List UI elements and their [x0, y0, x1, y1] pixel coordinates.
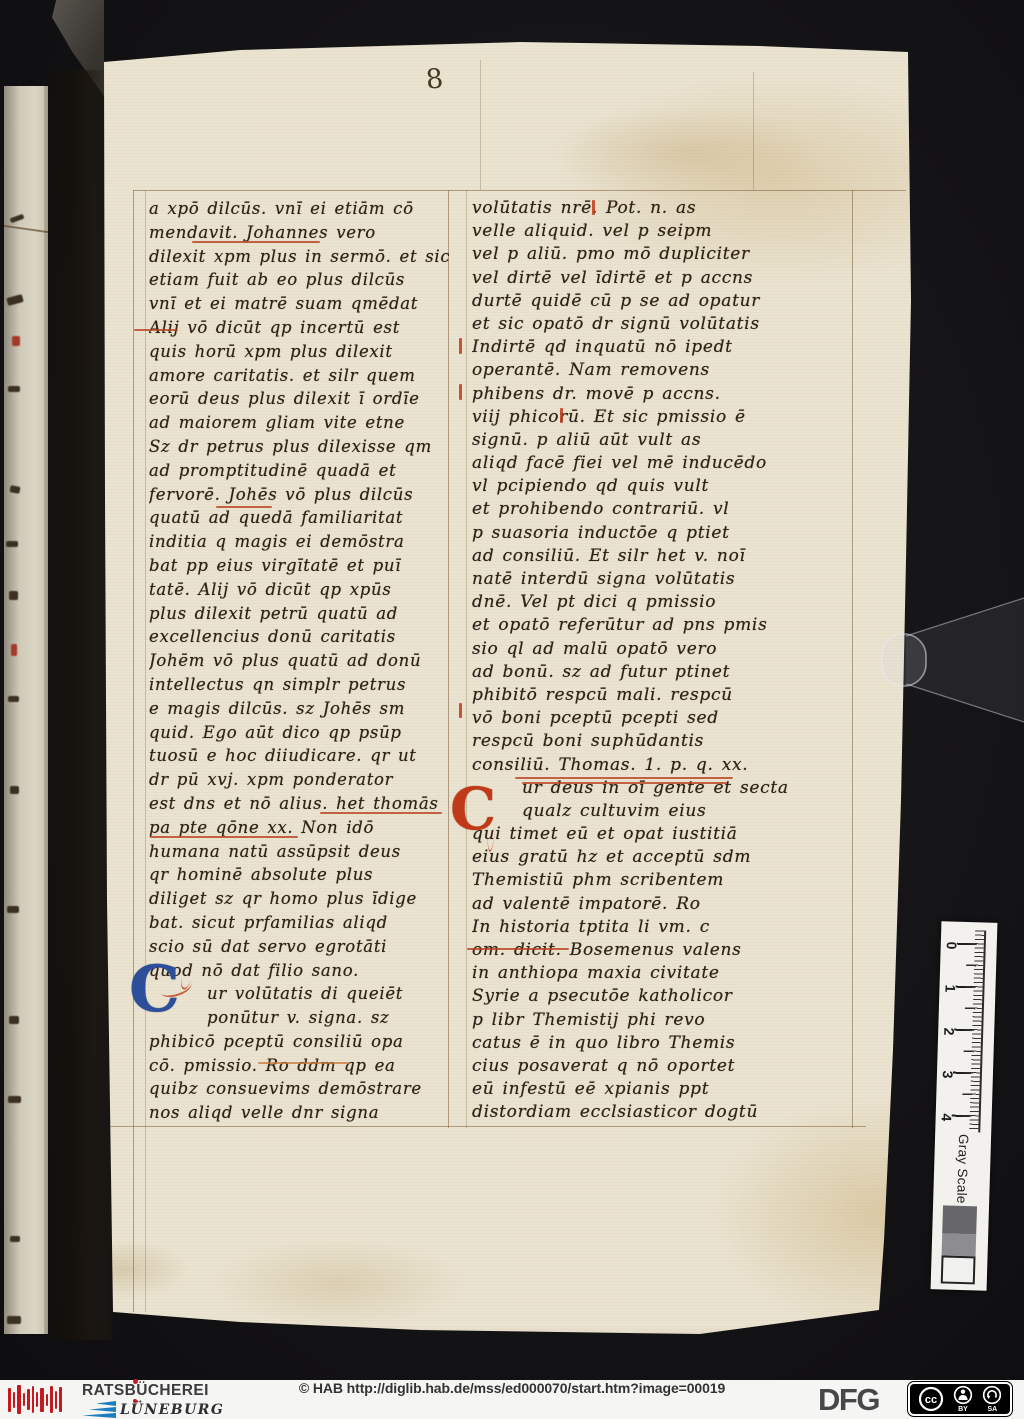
cutoff-rubric-fragment: [11, 644, 17, 656]
manuscript-text-line: dilexit xpm plus in sermō. et sic: [149, 245, 449, 269]
manuscript-text-line: quibz consuevims demōstrare: [149, 1077, 449, 1101]
manuscript-text-line: respcū boni suphūdantis: [472, 730, 858, 753]
rubric-stroke: [560, 408, 563, 423]
cutoff-rubric-fragment: [12, 336, 20, 346]
plastic-page-holder: [876, 592, 1024, 728]
manuscript-text-line: durtē quidē cū p se ad opatur: [472, 290, 858, 313]
cutoff-script-fragment: [6, 541, 18, 547]
manuscript-text-line: et prohibendo contrariū. vl: [472, 498, 858, 521]
manuscript-text-line: velle aliquid. vel p seipm: [472, 220, 858, 243]
manuscript-text-line: catus ē in quo libro Themis: [472, 1032, 858, 1055]
manuscript-text-line: qualz cultuvim eius: [472, 800, 858, 823]
cc-sa-icon: SA: [982, 1385, 1002, 1413]
manuscript-photograph: 8 a xpō dilcūs. vnī ei etiām cōmendavit.…: [0, 0, 1024, 1380]
manuscript-text-line: p libr Themistij phi revo: [472, 1009, 858, 1032]
manuscript-text-line: p suasoria inductōe q ptiet: [472, 522, 858, 545]
rubric-underline: [150, 836, 298, 838]
folio-number: 8: [424, 63, 444, 96]
cutoff-script-fragment: [7, 1316, 21, 1324]
manuscript-text-line: et opatō referūtur ad pns pmis: [472, 614, 858, 637]
manuscript-text-line: vel dirtē vel īdirtē et p accns: [472, 267, 858, 290]
cutoff-script-fragment: [9, 485, 20, 494]
manuscript-text-line: Sz dr petrus plus dilexisse qm: [149, 435, 449, 459]
manuscript-text-line: inditia q magis ei demōstra: [149, 530, 449, 554]
manuscript-text-line: In historia tptita li vm. c: [472, 916, 858, 939]
ruling-line: [133, 190, 906, 191]
manuscript-text-line: humana natū assūpsit deus: [149, 840, 449, 864]
manuscript-text-line: operantē. Nam removens: [472, 359, 858, 382]
manuscript-text-line: vō boni pceptū pcepti sed: [472, 707, 858, 730]
ruler-numbers: 01234: [941, 921, 997, 923]
facing-page-rule-line: [4, 225, 48, 233]
manuscript-text-line: Alij vō dicūt qp incertū est: [149, 316, 449, 340]
manuscript-text-line: intellectus qn simplr petrus: [149, 673, 449, 697]
gray-scale-label: Gray Scale: [954, 1134, 971, 1204]
manuscript-text-line: vnī et ei matrē suam qmēdat: [149, 292, 449, 316]
rubric-stroke: [592, 200, 595, 215]
manuscript-text-line: diliget sz qr homo plus īdige: [149, 887, 449, 911]
manuscript-text-line: consiliū. Thomas. 1. p. q. xx.: [472, 754, 858, 777]
library-name: RATSBÜCHEREI LÜNEBURG: [82, 1382, 224, 1418]
rubric-underline: [134, 329, 178, 331]
manuscript-text-line: phibicō pceptū consiliū opa: [149, 1030, 449, 1054]
manuscript-text-line: e magis dilcūs. sz Johēs sm: [149, 697, 449, 721]
manuscript-text-line: eius gratū hz et acceptū sdm: [472, 846, 858, 869]
manuscript-text-line: ur deus in oī gente et secta: [472, 777, 858, 800]
manuscript-text-line: Johēm vō plus quatū ad donū: [149, 649, 449, 673]
manuscript-text-line: vel p aliū. pmo mō dupliciter: [472, 243, 858, 266]
gray-scale-ruler: 01234 Gray Scale: [931, 921, 998, 1290]
dfg-logo: DFG: [818, 1380, 879, 1419]
manuscript-text-line: eorū deus plus dilexit ī ordīe: [149, 387, 449, 411]
ruling-line: [110, 1126, 866, 1127]
manuscript-text-line: distordiam ecclsiasticor dogtū: [472, 1101, 858, 1124]
ruling-line: [133, 190, 134, 1312]
rubric-stroke: [459, 384, 462, 400]
gray-patch-light: [941, 1255, 976, 1284]
red-umlaut-dot: [133, 1379, 138, 1384]
text-column-left: a xpō dilcūs. vnī ei etiām cōmendavit. J…: [149, 197, 449, 1125]
manuscript-text-line: et sic opatō dr signū volūtatis: [472, 313, 858, 336]
manuscript-text-line: bat pp eius virgītatē et puī: [149, 554, 449, 578]
manuscript-text-line: sio ql ad malū opatō vero: [472, 638, 858, 661]
cutoff-script-fragment: [10, 1236, 20, 1242]
cutoff-script-fragment: [8, 1096, 21, 1103]
cutoff-script-fragment: [6, 294, 24, 306]
gray-patch-dark: [942, 1205, 977, 1234]
manuscript-text-line: amore caritatis. et silr quem: [149, 364, 449, 388]
cc-icon: cc: [918, 1386, 944, 1412]
manuscript-text-line: a xpō dilcūs. vnī ei etiām cō: [149, 197, 449, 221]
manuscript-text-line: phibens dr. movē p accns.: [472, 383, 858, 406]
blue-waves-icon: [82, 1401, 116, 1418]
manuscript-text-line: excellencius donū caritatis: [149, 625, 449, 649]
manuscript-text-line: viij phicorū. Et sic pmissio ē: [472, 406, 858, 429]
manuscript-text-line: quatū ad quedā familiaritat: [149, 506, 449, 530]
manuscript-text-line: volūtatis nrē. Pot. n. as: [472, 197, 858, 220]
manuscript-text-line: Syrie a psecutōe katholicor: [472, 985, 858, 1008]
manuscript-text-line: ur volūtatis di queiēt: [149, 982, 449, 1006]
manuscript-text-line: quod nō dat filio sano.: [149, 959, 449, 983]
ruling-line: [145, 190, 146, 1312]
ruling-line: [753, 72, 754, 190]
manuscript-text-line: phibitō respcū mali. respcū: [472, 684, 858, 707]
manuscript-text-line: ad bonū. sz ad futur ptinet: [472, 661, 858, 684]
manuscript-text-line: ad promptitudinē quadā et: [149, 459, 449, 483]
rubric-underline: [320, 812, 442, 814]
manuscript-text-line: cō. pmissio. Ro ddm qp ea: [149, 1054, 449, 1078]
cutoff-script-fragment: [7, 906, 19, 913]
manuscript-text-line: in anthiopa maxia civitate: [472, 962, 858, 985]
library-name-line1: RATSBÜCHEREI: [82, 1382, 224, 1400]
manuscript-text-line: qr hominē absolute plus: [149, 863, 449, 887]
manuscript-text-line: nos aliqd velle dnr signa: [149, 1101, 449, 1125]
manuscript-text-line: ad valentē impatorē. Ro: [472, 893, 858, 916]
rubric-underline: [216, 506, 272, 508]
manuscript-text-line: natē interdū signa volūtatis: [472, 568, 858, 591]
rubric-underline: [515, 777, 733, 779]
manuscript-text-line: bat. sicut prfamilias aliqd: [149, 911, 449, 935]
facing-page-edge: [4, 86, 48, 1334]
manuscript-text-line: tuosū e hoc diiudicare. qr ut: [149, 744, 449, 768]
cutoff-script-fragment: [9, 591, 18, 600]
ruling-line: [480, 60, 481, 190]
rubric-underline: [258, 1062, 350, 1064]
manuscript-text-line: qui timet eū et opat iustitiā: [472, 823, 858, 846]
manuscript-text-line: cius posaverat q nō oportet: [472, 1055, 858, 1078]
ruling-line: [466, 190, 467, 1128]
cutoff-script-fragment: [10, 786, 19, 794]
manuscript-text-line: quid. Ego aūt dico qp psūp: [149, 721, 449, 745]
manuscript-text-line: tatē. Alij vō dicūt qp xpūs: [149, 578, 449, 602]
manuscript-text-line: vl pcipiendo qd quis vult: [472, 475, 858, 498]
manuscript-text-line: ad consiliū. Et silr het v. noī: [472, 545, 858, 568]
cutoff-script-fragment: [8, 696, 19, 702]
manuscript-text-line: ad maiorem gliam vite etne: [149, 411, 449, 435]
manuscript-text-line: plus dilexit petrū quatū ad: [149, 602, 449, 626]
manuscript-text-line: signū. p aliū aūt vult as: [472, 429, 858, 452]
cc-by-icon: BY: [953, 1385, 973, 1413]
red-umlaut-dot: [133, 1399, 137, 1403]
cc-by-sa-license-badge: cc BY SA: [908, 1382, 1012, 1416]
library-name-line2: LÜNEBURG: [120, 1402, 224, 1418]
manuscript-text-line: Indirtē qd inquatū nō ipedt: [472, 336, 858, 359]
manuscript-text-line: scio sū dat servo egrotāti: [149, 935, 449, 959]
footer-caption-bar: RATSBÜCHEREI LÜNEBURG © HAB http://digli…: [0, 1380, 1024, 1419]
rubric-stroke: [459, 338, 462, 354]
rubric-underline: [467, 948, 569, 950]
gray-patch-mid: [942, 1233, 977, 1256]
rubric-stroke: [459, 703, 462, 718]
manuscript-text-line: dr pū xvj. xpm ponderator: [149, 768, 449, 792]
cutoff-script-fragment: [10, 214, 25, 223]
manuscript-text-line: eū infestū eē xpianis ppt: [472, 1078, 858, 1101]
manuscript-text-line: dnē. Vel pt dici q pmissio: [472, 591, 858, 614]
rubric-underline: [192, 241, 320, 243]
manuscript-text-line: etiam fuit ab eo plus dilcūs: [149, 268, 449, 292]
cutoff-script-fragment: [8, 386, 20, 392]
cutoff-script-fragment: [9, 1016, 19, 1024]
ratsbuecherei-barcode-logo: [8, 1383, 62, 1416]
manuscript-text-line: Themistiū phm scribentem: [472, 869, 858, 892]
manuscript-text-line: fervorē. Johēs vō plus dilcūs: [149, 483, 449, 507]
manuscript-page: 8 a xpō dilcūs. vnī ei etiām cōmendavit.…: [0, 0, 1024, 1380]
copyright-url: © HAB http://diglib.hab.de/mss/ed000070/…: [299, 1380, 725, 1396]
manuscript-text-line: aliqd facē fiei vel mē inducēdo: [472, 452, 858, 475]
manuscript-text-line: quis horū xpm plus dilexit: [149, 340, 449, 364]
binding-gutter-shadow: [44, 70, 114, 1340]
svg-text:cc: cc: [925, 1394, 937, 1406]
manuscript-text-line: om. dicit. Bosemenus valens: [472, 939, 858, 962]
rubric-underline: [522, 782, 727, 784]
manuscript-text-line: ponūtur v. signa. sz: [149, 1006, 449, 1030]
text-column-right: volūtatis nrē. Pot. n. asvelle aliquid. …: [472, 197, 858, 1125]
